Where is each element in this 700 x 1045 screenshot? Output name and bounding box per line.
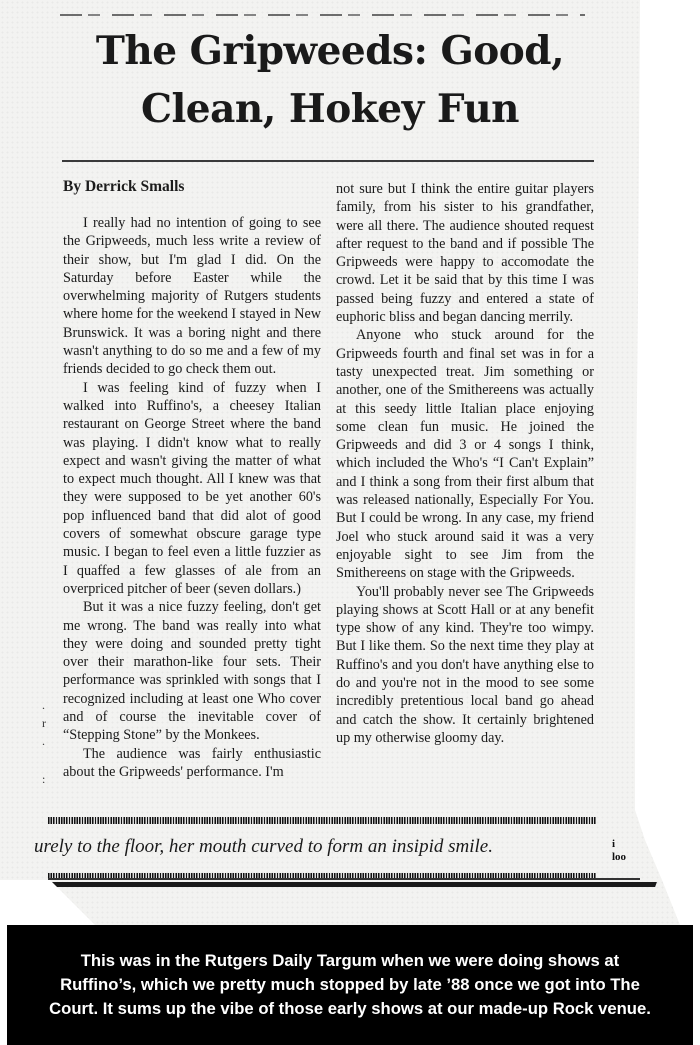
- caption-line: Court. It sums up the vibe of those earl…: [49, 997, 651, 1021]
- top-rule: [60, 14, 585, 16]
- paragraph: You'll probably never see The Gripweeds …: [336, 583, 594, 748]
- paragraph: But it was a nice fuzzy feeling, don't g…: [63, 598, 321, 744]
- margin-fragment: r: [42, 716, 46, 731]
- paragraph: I really had no intention of going to se…: [63, 214, 321, 379]
- article-column-right: not sure but I think the entire guitar p…: [336, 180, 594, 747]
- article-column-left: I really had no intention of going to se…: [63, 214, 321, 781]
- torn-edge-right: [600, 0, 700, 925]
- divider-rule: [48, 878, 640, 880]
- hatched-divider: [48, 817, 596, 824]
- divider-rule-thick: [47, 882, 657, 887]
- paragraph: Anyone who stuck around for the Gripweed…: [336, 326, 594, 582]
- caption-line: Ruffino’s, which we pretty much stopped …: [49, 973, 651, 997]
- margin-fragment: :: [42, 772, 45, 787]
- paragraph: I was feeling kind of fuzzy when I walke…: [63, 379, 321, 599]
- paragraph: not sure but I think the entire guitar p…: [336, 180, 594, 326]
- newspaper-clipping: The Gripweeds: Good, Clean, Hokey Fun By…: [0, 0, 700, 925]
- headline-line-1: The Gripweeds: Good,: [60, 22, 600, 80]
- margin-fragment: .: [42, 734, 45, 749]
- pull-quote-fragment: urely to the floor, her mouth curved to …: [34, 836, 493, 858]
- headline: The Gripweeds: Good, Clean, Hokey Fun: [60, 22, 600, 138]
- byline: By Derrick Smalls: [63, 178, 184, 196]
- caption-text: This was in the Rutgers Daily Targum whe…: [49, 949, 651, 1021]
- paragraph: The audience was fairly enthusiastic abo…: [63, 745, 321, 782]
- adjacent-article-fragment: i loo: [612, 838, 626, 864]
- headline-line-2: Clean, Hokey Fun: [60, 80, 600, 138]
- caption-bar: This was in the Rutgers Daily Targum whe…: [7, 925, 693, 1045]
- headline-rule: [62, 160, 594, 162]
- caption-line: This was in the Rutgers Daily Targum whe…: [49, 949, 651, 973]
- margin-fragment: .: [42, 698, 45, 713]
